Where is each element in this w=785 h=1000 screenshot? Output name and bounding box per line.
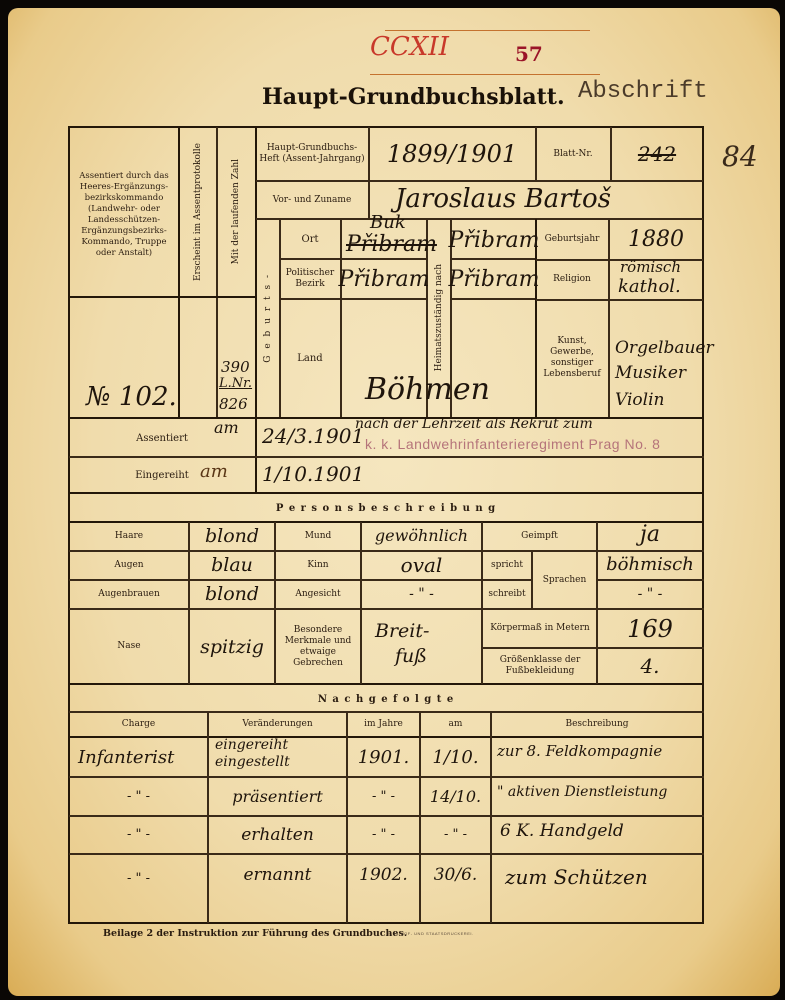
table-row-beschreibung: 6 K. Handgeld xyxy=(500,814,700,848)
nase-label: Nase xyxy=(70,610,188,683)
spricht-label: spricht xyxy=(483,552,531,579)
table-row-jahr: - " - xyxy=(348,816,419,853)
blatt-label: Blatt-Nr. xyxy=(537,130,609,178)
table-row-beschreibung: zur 8. Feldkompagnie xyxy=(497,734,717,768)
religion-label: Religion xyxy=(537,260,607,298)
merkmale-label: Besondere Merkmale und etwaige Gebrechen xyxy=(276,612,360,682)
divider xyxy=(69,683,704,685)
bezirk-value: Přibram xyxy=(342,260,426,298)
abschrift-stamp: Abschrift xyxy=(578,78,708,105)
ort-label: Ort xyxy=(281,220,339,258)
mund-label: Mund xyxy=(276,523,360,550)
table-row-veraenderung: eingereiht xyxy=(215,737,288,753)
geburts-label: G e b u r t s - xyxy=(263,273,273,363)
col-header-jahr: im Jahre xyxy=(348,712,419,736)
table-row-beschreibung: zum Schützen xyxy=(505,858,705,895)
augen-label: Augen xyxy=(70,552,188,579)
table-row-veraenderung: präsentiert xyxy=(209,777,346,815)
assentiert-prefix: am xyxy=(214,418,239,437)
fuss-label: Größenklasse der Fußbekleidung xyxy=(485,649,595,683)
eingereiht-prefix: am xyxy=(200,461,228,482)
nachgefolgte-title: N a c h g e f o l g t e xyxy=(70,688,702,710)
table-row-jahr: 1901. xyxy=(348,738,419,776)
religion-value-1: römisch xyxy=(620,258,681,276)
sprachen-label: Sprachen xyxy=(533,552,596,608)
archive-mark-underline-bottom xyxy=(370,74,600,75)
table-row-charge: - " - xyxy=(70,816,207,853)
augenbrauen-label: Augenbrauen xyxy=(70,581,188,608)
ort-value-correction: Buk xyxy=(370,212,406,233)
augen-value: blau xyxy=(190,550,274,579)
table-row-beschreibung: " aktiven Dienstleistung xyxy=(497,775,722,809)
table-row-charge: Infanterist xyxy=(78,738,206,776)
divider xyxy=(490,712,492,923)
beruf-value-2: Musiker xyxy=(615,363,686,383)
heft-value: 1899/1901 xyxy=(370,130,534,178)
geburtsjahr-value: 1880 xyxy=(610,220,702,258)
land-label: Land xyxy=(281,300,339,416)
archive-number: 57 xyxy=(515,42,543,66)
table-row-charge: - " - xyxy=(70,860,207,897)
col-header-veraenderungen: Veränderungen xyxy=(209,712,346,736)
heimat-label: Heimatszuständig nach xyxy=(434,264,444,371)
assentiert-date: 24/3.1901 xyxy=(262,424,364,448)
religion-value-2: kathol. xyxy=(618,276,681,297)
protocol-line-1: 390 xyxy=(221,358,250,376)
fuss-value: 4. xyxy=(598,649,702,683)
divider xyxy=(69,296,256,298)
angesicht-label: Angesicht xyxy=(276,581,360,608)
koerpermass-value: 169 xyxy=(598,610,702,647)
laufende-zahl-label: Mit der laufenden Zahl xyxy=(231,159,241,264)
footer-printer: K. K. HOF- UND STAATSDRUCKEREI. xyxy=(388,931,474,936)
nase-value: spitzig xyxy=(190,610,274,683)
margin-number: 84 xyxy=(722,140,758,173)
table-row-am: 1/10. xyxy=(421,738,490,776)
unit-number: № 102. xyxy=(86,382,177,412)
col-header-beschreibung: Beschreibung xyxy=(492,712,702,736)
assentiert-durch-label: Assentiert durch das Heeres-Ergänzungs-b… xyxy=(72,140,176,290)
divider xyxy=(340,219,342,417)
geimpft-label: Geimpft xyxy=(483,523,596,550)
beruf-value-1: Orgelbauer xyxy=(615,338,714,358)
heimat-ort-value: Přibram xyxy=(452,222,536,258)
merkmale-value-2: fuß xyxy=(395,645,427,667)
assentiert-text: nach der Lehrzeit als Rekrut zum xyxy=(355,416,593,432)
geburtsjahr-label: Geburtsjahr xyxy=(537,220,607,258)
eingereiht-date: 1/10.1901 xyxy=(262,462,364,486)
table-row-am: 30/6. xyxy=(421,856,490,893)
haare-label: Haare xyxy=(70,523,188,550)
ort-value-struck: Přibram xyxy=(346,232,437,257)
table-row-jahr: 1902. xyxy=(348,856,419,893)
table-row-am: - " - xyxy=(421,816,490,853)
kinn-label: Kinn xyxy=(276,552,360,579)
beruf-label: Kunst, Gewerbe, sonstiger Lebensberuf xyxy=(537,300,607,416)
footer-text: Beilage 2 der Instruktion zur Führung de… xyxy=(103,928,407,939)
erscheint-label-cell: Erscheint im Assentprotokolle xyxy=(179,128,216,296)
merkmale-value-1: Breit- xyxy=(375,620,429,642)
blatt-value: 242 xyxy=(612,130,702,178)
table-row-veraenderung-2: eingestellt xyxy=(215,754,290,770)
divider xyxy=(69,853,704,855)
geimpft-value: ja xyxy=(598,519,702,550)
table-row-veraenderung: ernannt xyxy=(209,856,346,893)
table-row-veraenderung: erhalten xyxy=(209,816,346,853)
beruf-value-3: Violin xyxy=(615,390,664,410)
table-row-jahr: - " - xyxy=(348,777,419,815)
table-row-am: 14/10. xyxy=(421,777,490,815)
erscheint-label: Erscheint im Assentprotokolle xyxy=(193,143,203,281)
assentiert-regiment-stamp: k. k. Landwehrinfanterieregiment Prag No… xyxy=(365,436,660,452)
bezirk-label: Politischer Bezirk xyxy=(281,260,339,298)
schreibt-label: schreibt xyxy=(483,581,531,608)
spricht-value: böhmisch xyxy=(598,550,702,579)
name-value: Jaroslaus Bartoš xyxy=(395,180,695,218)
heimat-label-cell: Heimatszuständig nach xyxy=(427,219,450,417)
angesicht-value: - " - xyxy=(362,579,481,608)
koerpermass-label: Körpermaß in Metern xyxy=(490,610,590,646)
laufende-zahl-label-cell: Mit der laufenden Zahl xyxy=(217,128,255,296)
archive-mark: CCXII xyxy=(370,32,449,62)
haare-value: blond xyxy=(190,521,274,550)
col-header-charge: Charge xyxy=(70,712,207,736)
table-row-charge: - " - xyxy=(70,777,207,815)
divider xyxy=(69,456,704,458)
kinn-value: oval xyxy=(362,550,481,579)
mund-value: gewöhnlich xyxy=(362,521,481,550)
divider xyxy=(69,492,704,494)
schreibt-value: - " - xyxy=(598,579,702,608)
heimat-bezirk-value: Přibram xyxy=(452,260,536,298)
col-header-am: am xyxy=(421,712,490,736)
protocol-line-2: L.Nr. xyxy=(219,376,252,391)
personsbeschreibung-title: P e r s o n s b e s c h r e i b u n g xyxy=(70,497,702,519)
archive-mark-underline-top xyxy=(385,30,590,31)
heft-label: Haupt-Grundbuchs-Heft (Assent-Jahrgang) xyxy=(258,130,366,178)
protocol-line-3: 826 xyxy=(219,395,248,413)
augenbrauen-value: blond xyxy=(190,579,274,608)
page-title: Haupt-Grundbuchsblatt. xyxy=(262,84,565,110)
name-label: Vor- und Zuname xyxy=(258,182,366,218)
geburts-label-cell: G e b u r t s - xyxy=(256,219,279,417)
divider xyxy=(451,298,535,300)
